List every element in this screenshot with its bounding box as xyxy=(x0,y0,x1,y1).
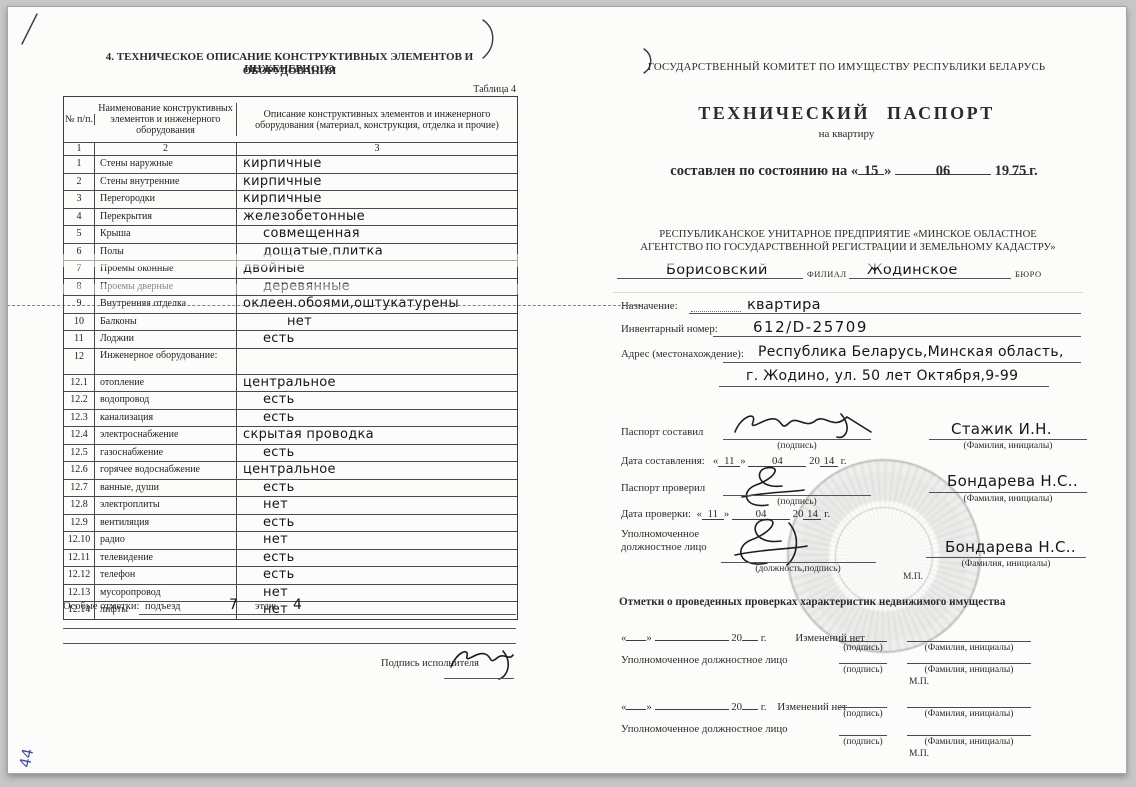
year-suffix: г. xyxy=(761,632,767,644)
close-quote: » xyxy=(646,632,651,644)
inventory-value: 612/D-25709 xyxy=(753,318,868,336)
day-blank xyxy=(626,698,646,710)
day-blank xyxy=(626,629,646,641)
floor-label: этаж xyxy=(255,601,276,612)
row-value-handwritten xyxy=(237,349,517,374)
scan-streak xyxy=(7,284,1127,294)
signature-caption: (подпись) xyxy=(839,641,887,653)
header-description: Описание конструктивных элементов и инже… xyxy=(237,109,517,131)
scan-streak xyxy=(7,254,1127,267)
table-row: 12.6 горячее водоснабжение центральное xyxy=(64,462,517,480)
table-caption: Таблица 4 xyxy=(401,84,516,95)
scanned-page: 4. ТЕХНИЧЕСКОЕ ОПИСАНИЕ КОНСТРУКТИВНЫХ Э… xyxy=(7,6,1127,774)
position-signature-caption: (должность,подпись) xyxy=(723,564,873,574)
year-field: 14 xyxy=(820,455,838,467)
special-notes-label: Особые отметки: xyxy=(63,601,139,612)
row-value-handwritten: нет xyxy=(237,497,517,514)
year-suffix: г. xyxy=(1029,163,1038,179)
row-number: 12.9 xyxy=(64,515,95,532)
table-header-row: № п/п. Наименование конструктивных элеме… xyxy=(64,97,517,143)
row-number: 1 xyxy=(64,156,95,173)
row-number: 12.10 xyxy=(64,532,95,549)
stamp-place-label: М.П. xyxy=(909,749,929,759)
name-caption: (Фамилия, инициалы) xyxy=(907,735,1031,747)
row-number: 12.2 xyxy=(64,392,95,409)
bureau-label: БЮРО xyxy=(1015,269,1042,279)
table-row: 4 Перекрытия железобетонные xyxy=(64,209,517,227)
row-value-handwritten: есть xyxy=(237,515,517,532)
no-changes-note: Изменений нет xyxy=(777,701,846,713)
compiler-name: Стажик И.Н. xyxy=(951,420,1052,438)
row-value-handwritten: кирпичные xyxy=(237,191,517,208)
signature-caption: (подпись) xyxy=(839,663,887,675)
row-name: телефон xyxy=(95,567,237,584)
inventory-underline xyxy=(713,336,1081,337)
pen-slash-mark xyxy=(20,11,40,47)
official-signature xyxy=(727,513,817,569)
row-value-handwritten: есть xyxy=(237,331,517,348)
blank-rule xyxy=(63,628,516,629)
table-row: 12.5 газоснабжение есть xyxy=(64,445,517,463)
header-num: № п/п. xyxy=(64,114,95,125)
row-number: 12.12 xyxy=(64,567,95,584)
signature-caption: (подпись) xyxy=(757,497,837,507)
name-caption: (Фамилия, инициалы) xyxy=(928,559,1084,569)
table-row: 12.13 мусоропровод нет xyxy=(64,585,517,603)
scan-dashed-line xyxy=(7,305,641,306)
row-value-handwritten: есть xyxy=(237,392,517,409)
row-name: Перегородки xyxy=(95,191,237,208)
checker-signature-line xyxy=(723,495,871,496)
branch-underline xyxy=(617,278,803,279)
table-row: 5 Крыша совмещенная xyxy=(64,226,517,244)
row-value-handwritten: есть xyxy=(237,445,517,462)
checker-name: Бондарева Н.С.. xyxy=(947,472,1078,490)
row-name: Инженерное оборудование: xyxy=(95,349,237,374)
table-row: 12.9 вентиляция есть xyxy=(64,515,517,533)
agency-line2: АГЕНТСТВО ПО ГОСУДАРСТВЕННОЙ РЕГИСТРАЦИИ… xyxy=(613,242,1083,253)
row-value-handwritten: нет xyxy=(237,585,517,602)
year-field: 75 xyxy=(1009,163,1029,175)
name-caption: (Фамилия, инициалы) xyxy=(931,441,1085,451)
row-number: 3 xyxy=(64,191,95,208)
row-name: радио xyxy=(95,532,237,549)
row-value-handwritten: центральное xyxy=(237,462,517,479)
entrance-label: подъезд xyxy=(145,601,180,612)
row-number: 12.6 xyxy=(64,462,95,479)
address-value-line1: Республика Беларусь,Минская область, xyxy=(758,344,1064,360)
compiler-name-line xyxy=(929,439,1087,440)
branch-label: ФИЛИАЛ xyxy=(807,269,847,279)
row-value-handwritten: есть xyxy=(237,567,517,584)
inventory-label: Инвентарный номер: xyxy=(621,323,718,335)
table-row: 12.11 телевидение есть xyxy=(64,550,517,568)
name-caption: (Фамилия, инициалы) xyxy=(907,663,1031,675)
signature-underline xyxy=(444,678,514,679)
address-underline2 xyxy=(719,386,1049,387)
month-blank xyxy=(655,698,729,710)
row-value-handwritten: скрытая проводка xyxy=(237,427,517,444)
year-suffix: г. xyxy=(841,455,847,467)
row-name: Лоджии xyxy=(95,331,237,348)
stamp-place-label: М.П. xyxy=(909,677,929,687)
header-name: Наименование конструктивных элементов и … xyxy=(95,103,237,136)
table-row: 10 Балконы нет xyxy=(64,314,517,332)
row-value-handwritten: кирпичные xyxy=(237,174,517,191)
row-name: Крыша xyxy=(95,226,237,243)
construction-elements-table: № п/п. Наименование конструктивных элеме… xyxy=(63,96,518,620)
row-name: Стены наружные xyxy=(95,156,237,173)
row-name: горячее водоснабжение xyxy=(95,462,237,479)
name-caption: (Фамилия, инициалы) xyxy=(907,641,1031,653)
row-number: 5 xyxy=(64,226,95,243)
month-blank xyxy=(655,629,729,641)
made-date-label: Дата составления: xyxy=(621,455,705,467)
checker-name-line xyxy=(929,492,1087,493)
table-row: 12.8 электроплиты нет xyxy=(64,497,517,515)
close-quote: » xyxy=(646,701,651,713)
table-row: 12.2 водопровод есть xyxy=(64,392,517,410)
dotted-leader xyxy=(691,303,741,312)
official-name: Бондарева Н.С.. xyxy=(945,538,1076,556)
row-number: 2 xyxy=(64,174,95,191)
section-title-line2: ОБОРУДОВАНИЯ xyxy=(63,65,516,77)
year-prefix: 20 xyxy=(731,701,742,713)
row-value-handwritten: кирпичные xyxy=(237,156,517,173)
official-label-line2: должностное лицо xyxy=(621,541,707,553)
row-name: вентиляция xyxy=(95,515,237,532)
check-entry-date-line: «» 20 г. Изменений нет xyxy=(621,698,847,713)
document-subtitle: на квартиру xyxy=(619,128,1074,140)
row-name: канализация xyxy=(95,410,237,427)
signature-caption: (подпись) xyxy=(757,441,837,451)
row-value-handwritten: нет xyxy=(237,532,517,549)
row-value-handwritten: есть xyxy=(237,410,517,427)
year-blank xyxy=(742,629,758,641)
address-label: Адрес (местонахождение): xyxy=(621,348,744,360)
row-number: 12.7 xyxy=(64,480,95,497)
row-number: 12.3 xyxy=(64,410,95,427)
floor-value: 4 xyxy=(293,597,302,613)
checks-section-title: Отметки о проведенных проверках характер… xyxy=(619,596,1084,608)
year-suffix: г. xyxy=(824,508,830,520)
address-value-line2: г. Жодино, ул. 50 лет Октября,9-99 xyxy=(746,368,1018,384)
handwritten-page-number: 44 xyxy=(16,747,38,769)
row-number: 11 xyxy=(64,331,95,348)
official-name-line xyxy=(926,557,1086,558)
row-number: 12.4 xyxy=(64,427,95,444)
row-number: 12 xyxy=(64,349,95,374)
special-notes-underline xyxy=(139,614,516,615)
official-label-line1: Уполномоченное xyxy=(621,528,699,540)
row-value-handwritten: железобетонные xyxy=(237,209,517,226)
executor-signature xyxy=(447,641,519,681)
document-title: ТЕХНИЧЕСКИЙ ПАСПОРТ xyxy=(619,103,1074,124)
purpose-value: квартира xyxy=(747,297,821,313)
col-index: 1 xyxy=(64,143,95,155)
row-value-handwritten: есть xyxy=(237,480,517,497)
year-suffix: г. xyxy=(761,701,767,713)
row-number: 12.13 xyxy=(64,585,95,602)
table-row: 12.7 ванные, души есть xyxy=(64,480,517,498)
row-name: электроплиты xyxy=(95,497,237,514)
as-of-prefix: составлен по состоянию на xyxy=(670,163,847,179)
table-row: 3 Перегородки кирпичные xyxy=(64,191,517,209)
day-field: 11 xyxy=(702,508,724,520)
committee-header: ГОСУДАРСТВЕННЫЙ КОМИТЕТ ПО ИМУЩЕСТВУ РЕС… xyxy=(619,61,1074,73)
row-number: 10 xyxy=(64,314,95,331)
signature-caption: (подпись) xyxy=(839,707,887,719)
row-name: отопление xyxy=(95,375,237,392)
row-number: 12.11 xyxy=(64,550,95,567)
row-name: водопровод xyxy=(95,392,237,409)
checked-by-label: Паспорт проверил xyxy=(621,482,705,494)
row-name: газоснабжение xyxy=(95,445,237,462)
official-label: Уполномоченное должностное лицо xyxy=(621,723,788,735)
row-name: ванные, души xyxy=(95,480,237,497)
compiler-signature xyxy=(729,408,877,440)
name-caption: (Фамилия, инициалы) xyxy=(907,707,1031,719)
address-underline1 xyxy=(723,362,1081,363)
purpose-label: Назначение: xyxy=(621,300,678,312)
row-value-handwritten: нет xyxy=(237,602,517,619)
row-name: Балконы xyxy=(95,314,237,331)
table-row: 12.3 канализация есть xyxy=(64,410,517,428)
made-by-label: Паспорт составил xyxy=(621,426,703,438)
bureau-underline xyxy=(849,278,1011,279)
row-value-handwritten: есть xyxy=(237,550,517,567)
check-date-label: Дата проверки: xyxy=(621,508,691,520)
row-name: Стены внутренние xyxy=(95,174,237,191)
year-blank xyxy=(742,698,758,710)
row-name: электроснабжение xyxy=(95,427,237,444)
table-row: 1 Стены наружные кирпичные xyxy=(64,156,517,174)
col-index: 2 xyxy=(95,143,237,155)
row-name: мусоропровод xyxy=(95,585,237,602)
table-row: 12.10 радио нет xyxy=(64,532,517,550)
purpose-underline xyxy=(689,313,1081,314)
table-numbering-row: 1 2 3 xyxy=(64,143,517,156)
open-quote: « xyxy=(851,163,858,179)
close-quote: » xyxy=(884,163,891,179)
day-field: 15 xyxy=(858,163,884,175)
month-field: 06 xyxy=(895,163,991,175)
year-century: 19 xyxy=(995,163,1010,179)
row-number: 12.5 xyxy=(64,445,95,462)
name-caption: (Фамилия, инициалы) xyxy=(931,494,1085,504)
row-number: 12.8 xyxy=(64,497,95,514)
row-name: Перекрытия xyxy=(95,209,237,226)
row-number: 4 xyxy=(64,209,95,226)
row-value-handwritten: совмещенная xyxy=(237,226,517,243)
agency-line1: РЕСПУБЛИКАНСКОЕ УНИТАРНОЕ ПРЕДПРИЯТИЕ «М… xyxy=(613,229,1083,240)
table-row: 12.4 электроснабжение скрытая проводка xyxy=(64,427,517,445)
table-row: 2 Стены внутренние кирпичные xyxy=(64,174,517,192)
check-entry-date-line: «» 20 г. Изменений нет xyxy=(621,629,865,644)
stamp-place-label: М.П. xyxy=(903,572,923,582)
signature-caption: (подпись) xyxy=(839,735,887,747)
compiler-signature-line xyxy=(723,439,871,440)
entrance-value: 7 xyxy=(229,597,238,613)
as-of-date-line: составлен по состоянию на «15» 06 1975г. xyxy=(619,163,1089,180)
table-row: 12.1 отопление центральное xyxy=(64,375,517,393)
table-row: 12.12 телефон есть xyxy=(64,567,517,585)
table-row: 12 Инженерное оборудование: xyxy=(64,349,517,375)
col-index: 3 xyxy=(237,143,517,155)
row-value-handwritten: нет xyxy=(237,314,517,331)
row-value-handwritten: центральное xyxy=(237,375,517,392)
row-name: телевидение xyxy=(95,550,237,567)
year-prefix: 20 xyxy=(731,632,742,644)
table-body: 1 Стены наружные кирпичные 2 Стены внутр… xyxy=(64,156,517,619)
table-row: 11 Лоджии есть xyxy=(64,331,517,349)
row-number: 12.1 xyxy=(64,375,95,392)
official-signature-line xyxy=(721,562,876,563)
official-label: Уполномоченное должностное лицо xyxy=(621,654,788,666)
